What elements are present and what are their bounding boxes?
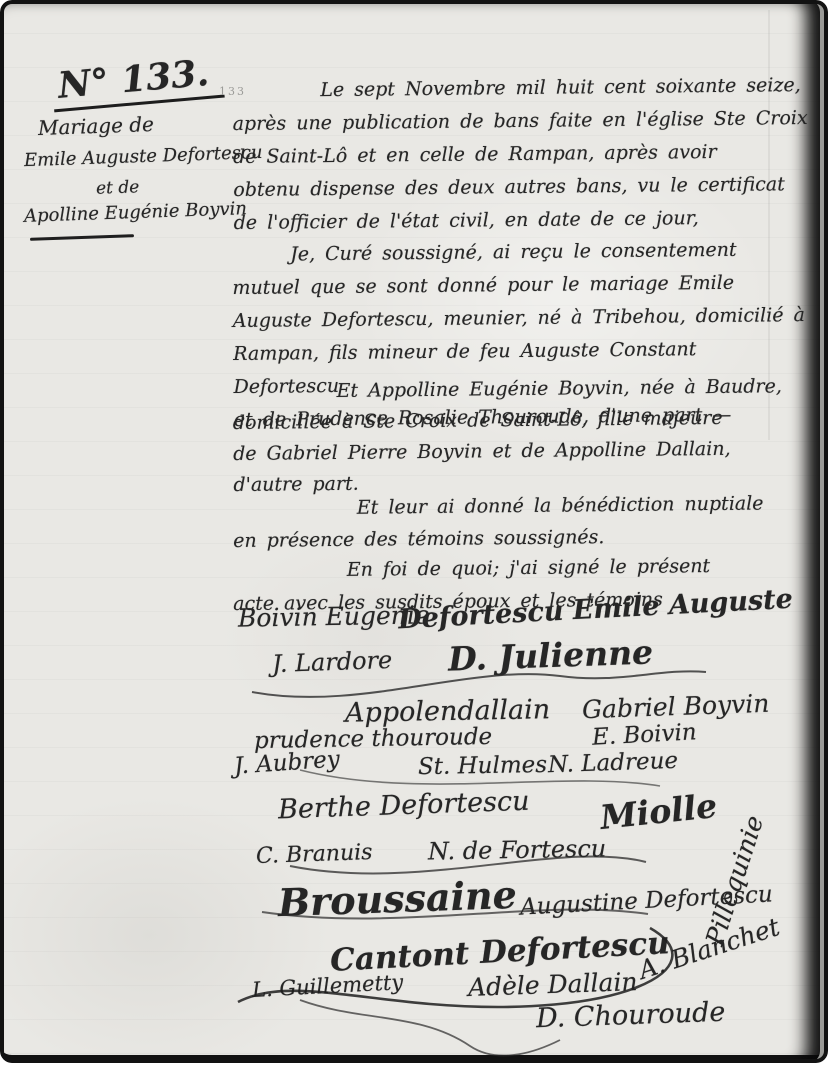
signature: J. Aubrey — [233, 746, 340, 779]
signature: N. de Fortescu — [428, 834, 607, 865]
signature: C. Branuis — [256, 840, 373, 869]
document-scan: N° 133. Mariage de Emile Auguste Deforte… — [0, 0, 828, 1063]
margin-bride-name: Apolline Eugénie Boyvin — [24, 198, 248, 227]
paragraph-benediction: Et leur ai donné la bénédiction nuptiale… — [233, 487, 812, 557]
screenshot-canvas: N° 133. Mariage de Emile Auguste Deforte… — [0, 0, 832, 1070]
margin-underline-flourish — [30, 234, 134, 241]
body-line: après une publication de bans faite en l… — [232, 102, 810, 141]
signature: Gabriel Boyvin — [582, 689, 770, 725]
margin-groom-name: Emile Auguste Defortescu — [24, 142, 263, 171]
paragraph-date-publication: Le sept Novembre mil huit cent soixante … — [232, 69, 812, 240]
signature: J. Lardore — [272, 646, 393, 678]
margin-title: Mariage de — [38, 112, 155, 140]
signature: N. Ladreue — [548, 748, 679, 779]
body-line: obtenu dispense des deux autres bans, vu… — [233, 168, 811, 207]
signature: L. Guillemetty — [251, 970, 403, 1002]
margin-et-de: et de — [96, 177, 140, 198]
signature: Miolle — [598, 786, 719, 837]
signature: E. Boivin — [591, 719, 697, 750]
signature: Berthe Defortescu — [278, 786, 530, 826]
signature: St. Hulmes — [418, 752, 548, 780]
signature: Adèle Dallain — [468, 967, 638, 1002]
signature: Broussaine — [277, 872, 517, 925]
signature: Appolendallain — [345, 694, 551, 729]
body-line: de Gabriel Pierre Boyvin et de Appolline… — [233, 433, 811, 470]
body-line: Et Appolline Eugénie Boyvin, née à Baudr… — [232, 371, 810, 408]
signature: D. Julienne — [447, 632, 653, 678]
signature: D. Chouroude — [536, 997, 726, 1035]
body-line: Et leur ai donné la bénédiction nuptiale — [233, 487, 811, 525]
body-line: Auguste Defortescu, meunier, né à Tribeh… — [233, 299, 811, 338]
paragraph-bride: Et Appolline Eugénie Boyvin, née à Baudr… — [232, 371, 811, 501]
act-number: N° 133. — [50, 51, 225, 113]
